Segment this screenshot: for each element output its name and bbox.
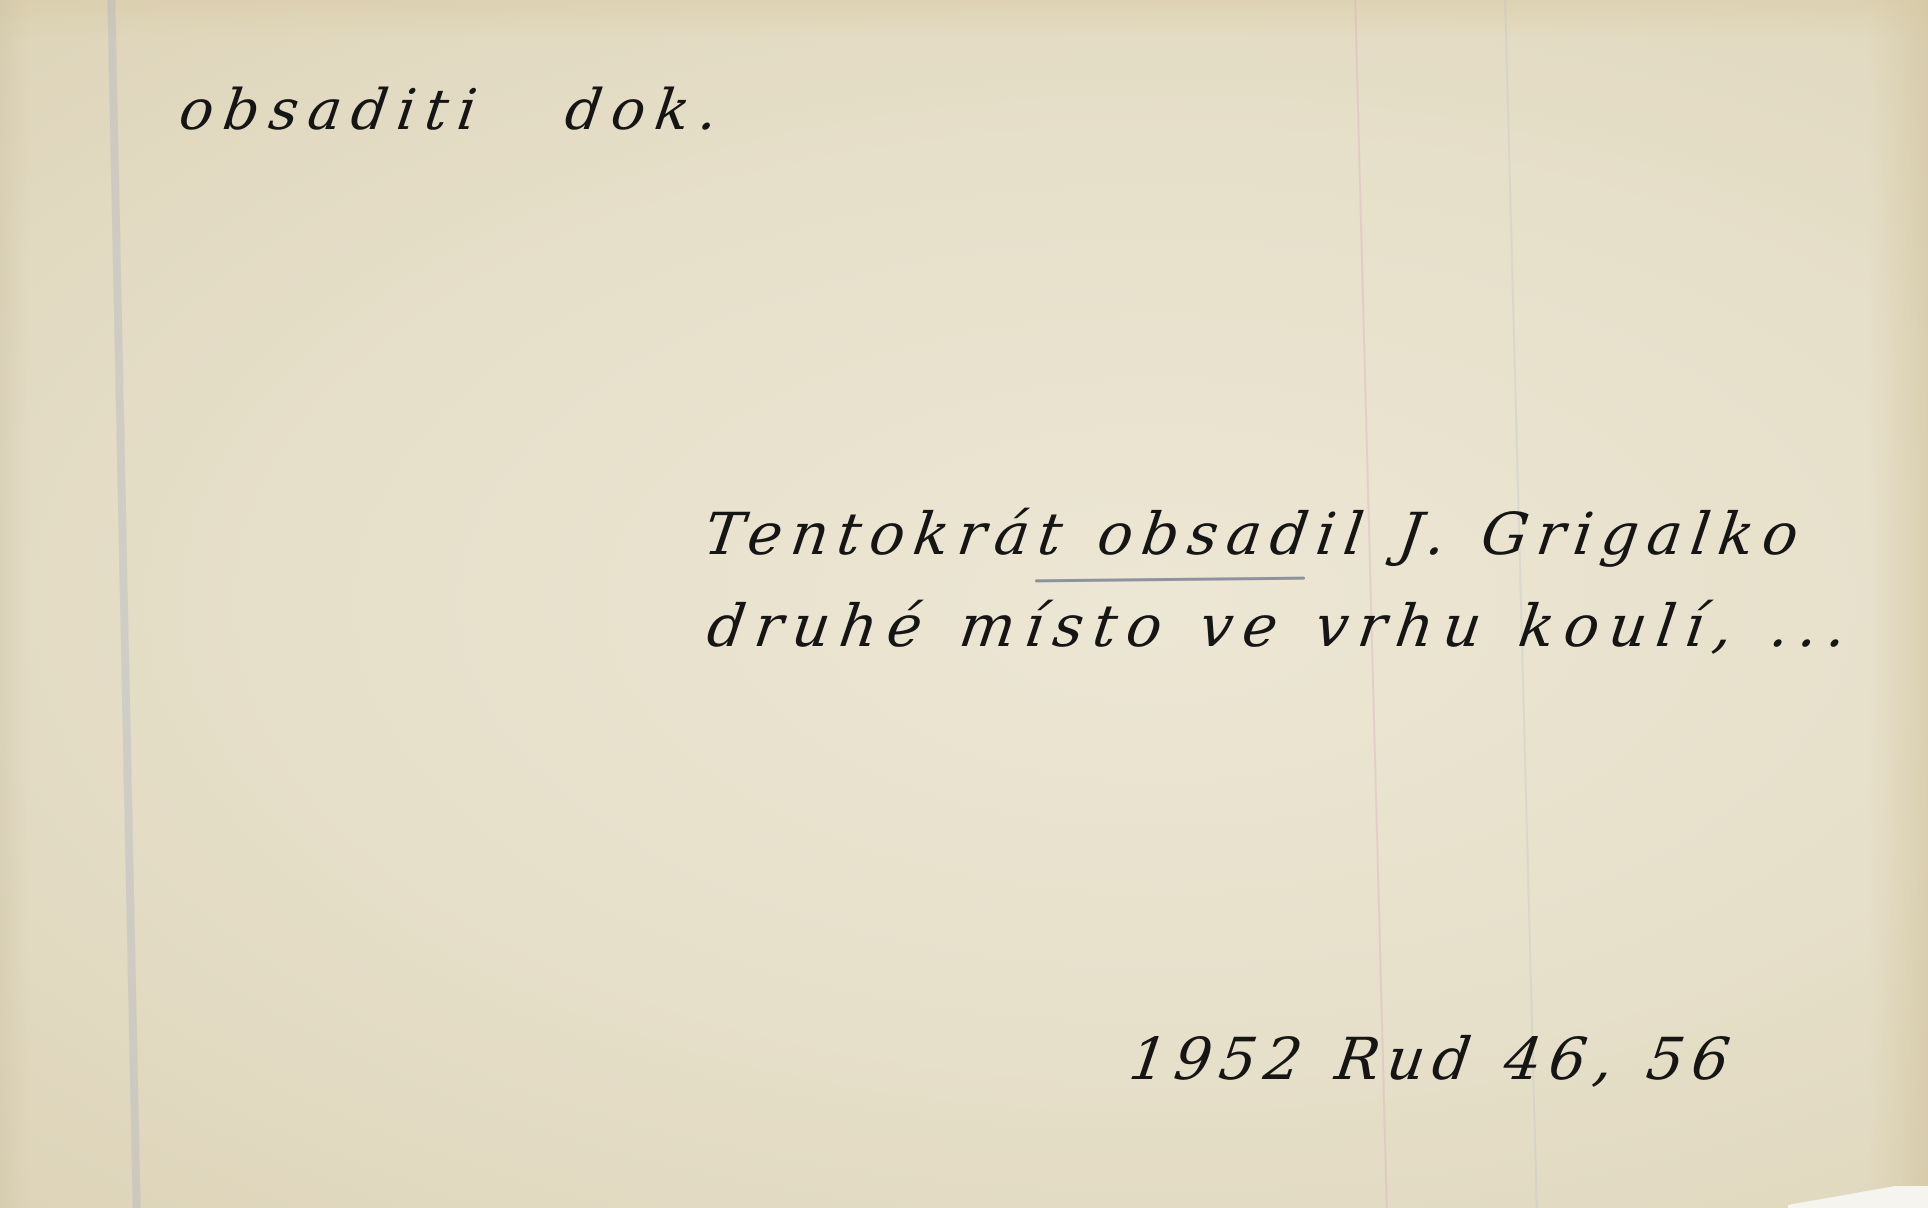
quote-line-2: druhé místo ve vrhu koulí, ...: [703, 592, 1861, 660]
quote-keyword: obsadil: [1094, 500, 1377, 568]
torn-corner: [1788, 1186, 1928, 1208]
index-card: obsaditidok. Tentokrát obsadil J. Grigal…: [0, 0, 1928, 1208]
quote-text: Tentokrát: [700, 500, 1075, 568]
keyword-underline: [1035, 577, 1305, 583]
source-citation: 1952 Rud 46, 56: [1125, 1025, 1742, 1093]
quote-text: J. Grigalko: [1395, 500, 1812, 568]
headword-abbreviation: dok.: [561, 78, 731, 143]
quote-line-1: Tentokrát obsadil J. Grigalko: [700, 500, 1811, 568]
headword-line: obsaditidok.: [175, 78, 731, 143]
headword: obsaditi: [175, 78, 490, 143]
margin-rule: [107, 0, 140, 1208]
